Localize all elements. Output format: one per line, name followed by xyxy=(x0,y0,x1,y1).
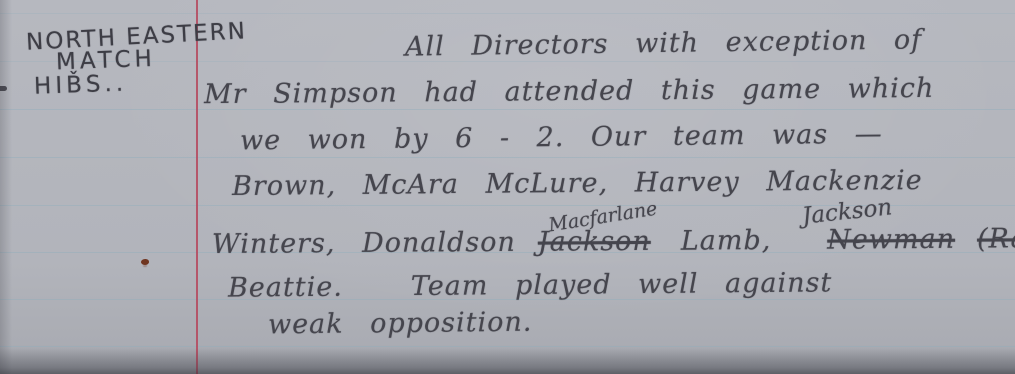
line5-lamb: Lamb, xyxy=(681,225,772,257)
ruled-line xyxy=(0,346,1015,347)
entry-line-5: Winters, DonaldsonJacksonLamb,Newman(Ray… xyxy=(212,221,1015,269)
struck-name-newman: Newman xyxy=(827,224,955,256)
entry-line-1: All Directors with exception of xyxy=(405,26,923,60)
entry-line-2: Mr Simpson had attended this game which xyxy=(204,75,935,108)
left-edge-shadow xyxy=(0,0,12,374)
bottom-edge-shadow xyxy=(0,348,1015,374)
struck-name-ray: (Ray xyxy=(977,223,1015,254)
ruled-line xyxy=(0,157,1015,158)
ink-speck xyxy=(141,259,149,265)
entry-line-4: Brown, McAra McLure, Harvey Mackenzie xyxy=(232,167,923,200)
line6-comment: Team played well against xyxy=(411,267,833,302)
notebook-page: NORTH EASTERN MATCH HIB̌S.. All Director… xyxy=(0,0,1015,374)
ruled-line xyxy=(0,109,1015,110)
page-edge-mark xyxy=(0,86,7,91)
entry-line-3: we won by 6 - 2. Our team was — xyxy=(240,121,883,155)
line5-names: Winters, Donaldson xyxy=(212,227,516,260)
entry-line-7: weak opposition. xyxy=(268,309,533,339)
ruled-line xyxy=(0,13,1015,14)
entry-line-6: Beattie.Team played well against xyxy=(228,269,832,301)
line6-beattie: Beattie. xyxy=(228,272,343,304)
